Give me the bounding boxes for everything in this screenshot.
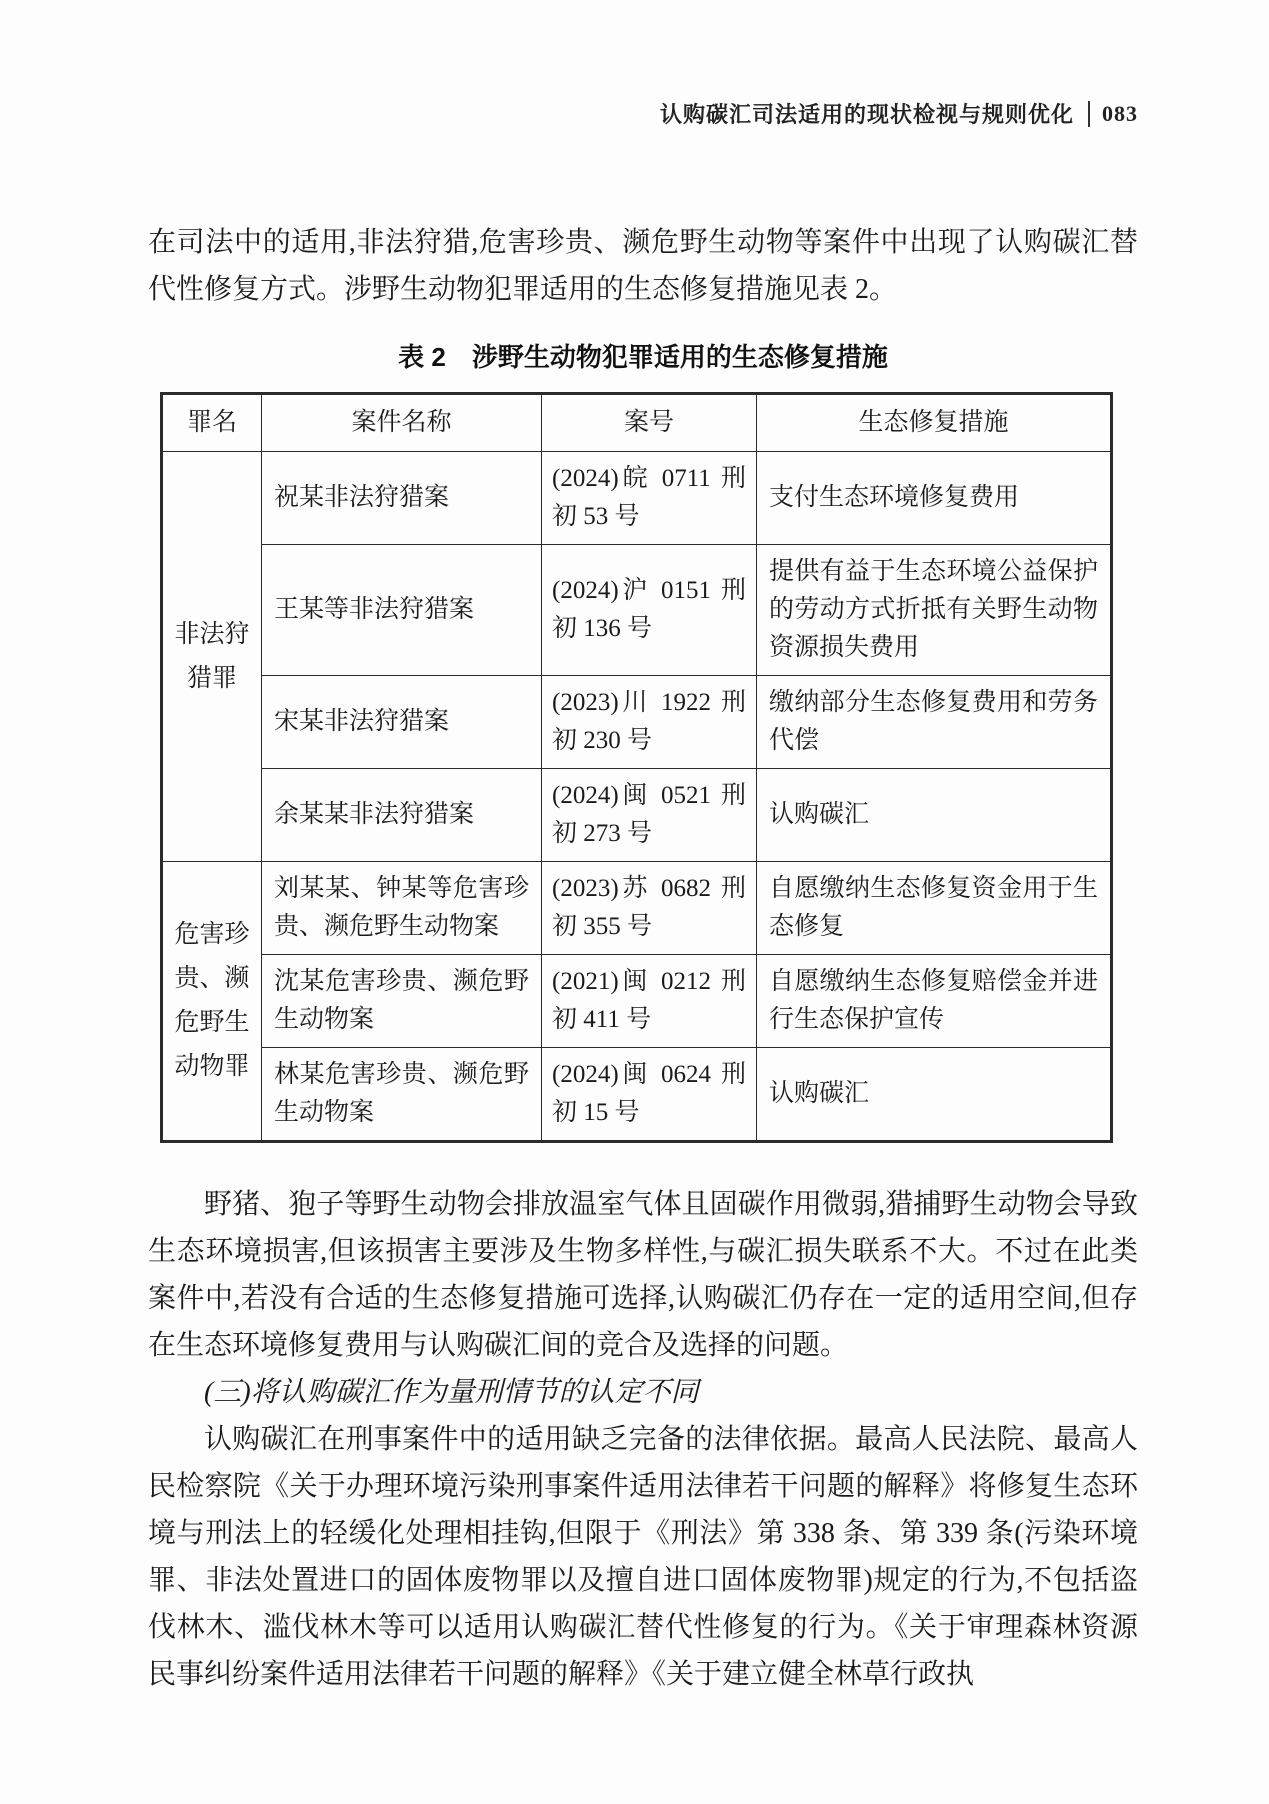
case-name-cell: 祝某非法狩猎案	[262, 452, 542, 545]
column-header-crime: 罪名	[162, 394, 262, 452]
table-row: 余某某非法狩猎案(2024)闽 0521 刑初 273 号认购碳汇	[162, 769, 1112, 862]
crime-cell: 非法狩猎罪	[162, 452, 262, 862]
case-number-cell: (2024)闽 0624 刑初 15 号	[542, 1048, 757, 1142]
case-number-cell: (2023)苏 0682 刑初 355 号	[542, 862, 757, 955]
header-divider	[1088, 101, 1090, 127]
measure-cell: 缴纳部分生态修复费用和劳务代偿	[757, 676, 1112, 769]
table-row: 非法狩猎罪祝某非法狩猎案(2024)皖 0711 刑初 53 号支付生态环境修复…	[162, 452, 1112, 545]
measure-cell: 提供有益于生态环境公益保护的劳动方式折抵有关野生动物资源损失费用	[757, 545, 1112, 676]
case-number-cell: (2024)沪 0151 刑初 136 号	[542, 545, 757, 676]
case-name-cell: 刘某某、钟某等危害珍贵、濒危野生动物案	[262, 862, 542, 955]
column-header-case-number: 案号	[542, 394, 757, 452]
running-title: 认购碳汇司法适用的现状检视与规则优化	[660, 98, 1074, 129]
table-row: 林某危害珍贵、濒危野生动物案(2024)闽 0624 刑初 15 号认购碳汇	[162, 1048, 1112, 1142]
table-caption-title: 涉野生动物犯罪适用的生态修复措施	[472, 342, 888, 372]
measure-cell: 认购碳汇	[757, 1048, 1112, 1142]
running-header: 认购碳汇司法适用的现状检视与规则优化 083	[148, 98, 1138, 129]
measure-cell: 自愿缴纳生态修复资金用于生态修复	[757, 862, 1112, 955]
table-row: 沈某危害珍贵、濒危野生动物案(2021)闽 0212 刑初 411 号自愿缴纳生…	[162, 955, 1112, 1048]
body-paragraph-2: 野猪、狍子等野生动物会排放温室气体且固碳作用微弱,猎捕野生动物会导致生态环境损害…	[148, 1181, 1138, 1369]
document-page: 认购碳汇司法适用的现状检视与规则优化 083 在司法中的适用,非法狩猎,危害珍贵…	[0, 0, 1269, 1804]
case-number-cell: (2024)闽 0521 刑初 273 号	[542, 769, 757, 862]
table-header: 罪名 案件名称 案号 生态修复措施	[162, 394, 1112, 452]
column-header-case-name: 案件名称	[262, 394, 542, 452]
eco-restoration-table: 罪名 案件名称 案号 生态修复措施 非法狩猎罪祝某非法狩猎案(2024)皖 07…	[160, 392, 1113, 1143]
measure-cell: 认购碳汇	[757, 769, 1112, 862]
table-row: 王某等非法狩猎案(2024)沪 0151 刑初 136 号提供有益于生态环境公益…	[162, 545, 1112, 676]
page-number: 083	[1102, 101, 1138, 127]
case-name-cell: 宋某非法狩猎案	[262, 676, 542, 769]
table-header-row: 罪名 案件名称 案号 生态修复措施	[162, 394, 1112, 452]
column-header-measure: 生态修复措施	[757, 394, 1112, 452]
case-name-cell: 林某危害珍贵、濒危野生动物案	[262, 1048, 542, 1142]
table-body: 非法狩猎罪祝某非法狩猎案(2024)皖 0711 刑初 53 号支付生态环境修复…	[162, 452, 1112, 1142]
case-name-cell: 王某等非法狩猎案	[262, 545, 542, 676]
case-number-cell: (2024)皖 0711 刑初 53 号	[542, 452, 757, 545]
body-paragraph-1: 在司法中的适用,非法狩猎,危害珍贵、濒危野生动物等案件中出现了认购碳汇替代性修复…	[148, 219, 1138, 313]
body-paragraph-3: 认购碳汇在刑事案件中的适用缺乏完备的法律依据。最高人民法院、最高人民检察院《关于…	[148, 1416, 1138, 1698]
measure-cell: 支付生态环境修复费用	[757, 452, 1112, 545]
case-name-cell: 余某某非法狩猎案	[262, 769, 542, 862]
case-name-cell: 沈某危害珍贵、濒危野生动物案	[262, 955, 542, 1048]
case-number-cell: (2021)闽 0212 刑初 411 号	[542, 955, 757, 1048]
table-row: 危害珍贵、濒危野生动物罪刘某某、钟某等危害珍贵、濒危野生动物案(2023)苏 0…	[162, 862, 1112, 955]
case-number-cell: (2023)川 1922 刑初 230 号	[542, 676, 757, 769]
table-caption: 表 2涉野生动物犯罪适用的生态修复措施	[148, 337, 1138, 374]
subheading: (三)将认购碳汇作为量刑情节的认定不同	[148, 1369, 1138, 1416]
measure-cell: 自愿缴纳生态修复赔偿金并进行生态保护宣传	[757, 955, 1112, 1048]
crime-cell: 危害珍贵、濒危野生动物罪	[162, 862, 262, 1142]
table-row: 宋某非法狩猎案(2023)川 1922 刑初 230 号缴纳部分生态修复费用和劳…	[162, 676, 1112, 769]
table-caption-label: 表 2	[398, 342, 446, 372]
